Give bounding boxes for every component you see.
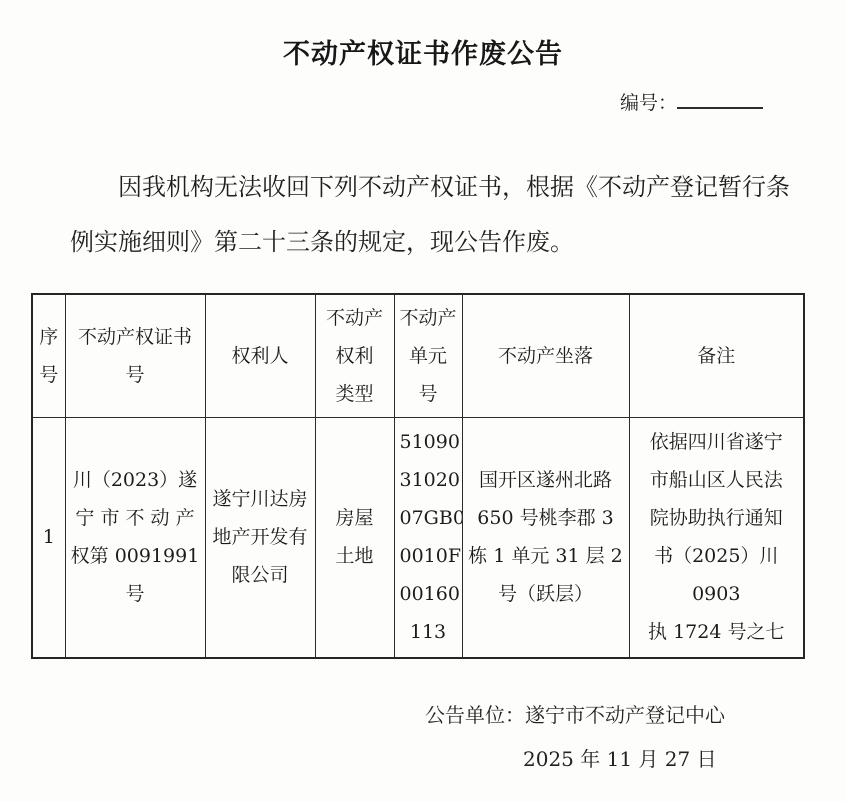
- issuer-line: 公告单位：遂宁市不动产登记中心: [425, 699, 725, 728]
- cell-unit-no: 51090 31020 07GB0 0010F 00160 113: [394, 418, 462, 658]
- cell-remark: 依据四川省遂宁 市船山区人民法 院协助执行通知 书（2025）川 0903 执 …: [629, 418, 804, 658]
- invalidated-certificates-table: 序 号 不动产权证书 号 权利人 不动产 权利 类型 不动产 单元 号 不动产坐…: [31, 293, 805, 659]
- cell-holder: 遂宁川达房 地产开发有 限公司: [205, 418, 315, 658]
- col-header-seq: 序 号: [32, 294, 65, 418]
- cell-right-type: 房屋 土地: [315, 418, 394, 658]
- serial-blank-line: [677, 91, 763, 109]
- table-header-row: 序 号 不动产权证书 号 权利人 不动产 权利 类型 不动产 单元 号 不动产坐…: [32, 294, 804, 418]
- col-header-location: 不动产坐落: [462, 294, 629, 418]
- announcement-body: 因我机构无法收回下列不动产权证书，根据《不动产登记暂行条 例实施细则》第二十三条…: [70, 160, 800, 270]
- serial-number-row: 编号：: [620, 88, 763, 115]
- col-header-right-type: 不动产 权利 类型: [315, 294, 394, 418]
- cell-cert-no: 川（2023）遂 宁 市 不 动 产 权第 0091991 号: [65, 418, 205, 658]
- cell-seq: 1: [32, 418, 65, 658]
- cell-location: 国开区遂州北路 650 号桃李郡 3 栋 1 单元 31 层 2 号（跃层）: [462, 418, 629, 658]
- col-header-cert-no: 不动产权证书 号: [65, 294, 205, 418]
- col-header-remark: 备注: [629, 294, 804, 418]
- serial-label: 编号：: [620, 92, 677, 114]
- announcement-date: 2025 年 11 月 27 日: [523, 743, 717, 772]
- document-title: 不动产权证书作废公告: [0, 32, 846, 71]
- table-row: 1 川（2023）遂 宁 市 不 动 产 权第 0091991 号 遂宁川达房 …: [32, 418, 804, 658]
- col-header-holder: 权利人: [205, 294, 315, 418]
- announcement-document: 不动产权证书作废公告 编号： 因我机构无法收回下列不动产权证书，根据《不动产登记…: [0, 0, 846, 802]
- col-header-unit-no: 不动产 单元 号: [394, 294, 462, 418]
